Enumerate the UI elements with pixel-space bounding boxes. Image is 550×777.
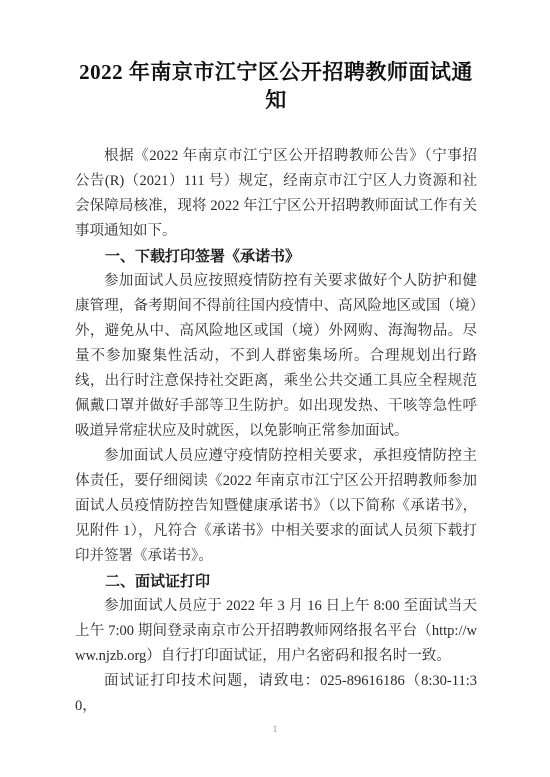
section-2-paragraph-1: 参加面试人员应于 2022 年 3 月 16 日上午 8:00 至面试当天上午 … bbox=[75, 594, 477, 669]
document-content: 2022 年南京市江宁区公开招聘教师面试通知 根据《2022 年南京市江宁区公开… bbox=[0, 0, 550, 719]
section-1-paragraph-2: 参加面试人员应遵守疫情防控相关要求，承担疫情防控主体责任，要仔细阅读《2022 … bbox=[75, 444, 477, 569]
section-1-heading: 一、下载打印签署《承诺书》 bbox=[75, 244, 477, 269]
document-title: 2022 年南京市江宁区公开招聘教师面试通知 bbox=[75, 58, 477, 114]
section-1-paragraph-1: 参加面试人员应按照疫情防控有关要求做好个人防护和健康管理，备考期间不得前往国内疫… bbox=[75, 269, 477, 444]
page-number: 1 bbox=[0, 723, 550, 735]
intro-paragraph: 根据《2022 年南京市江宁区公开招聘教师公告》（宁事招公告(R)（2021）1… bbox=[75, 144, 477, 244]
document-page: 2022 年南京市江宁区公开招聘教师面试通知 根据《2022 年南京市江宁区公开… bbox=[0, 0, 550, 777]
section-2-heading: 二、面试证打印 bbox=[75, 569, 477, 594]
section-2-paragraph-2: 面试证打印技术问题，请致电：025-89616186（8:30-11:30， bbox=[75, 669, 477, 719]
